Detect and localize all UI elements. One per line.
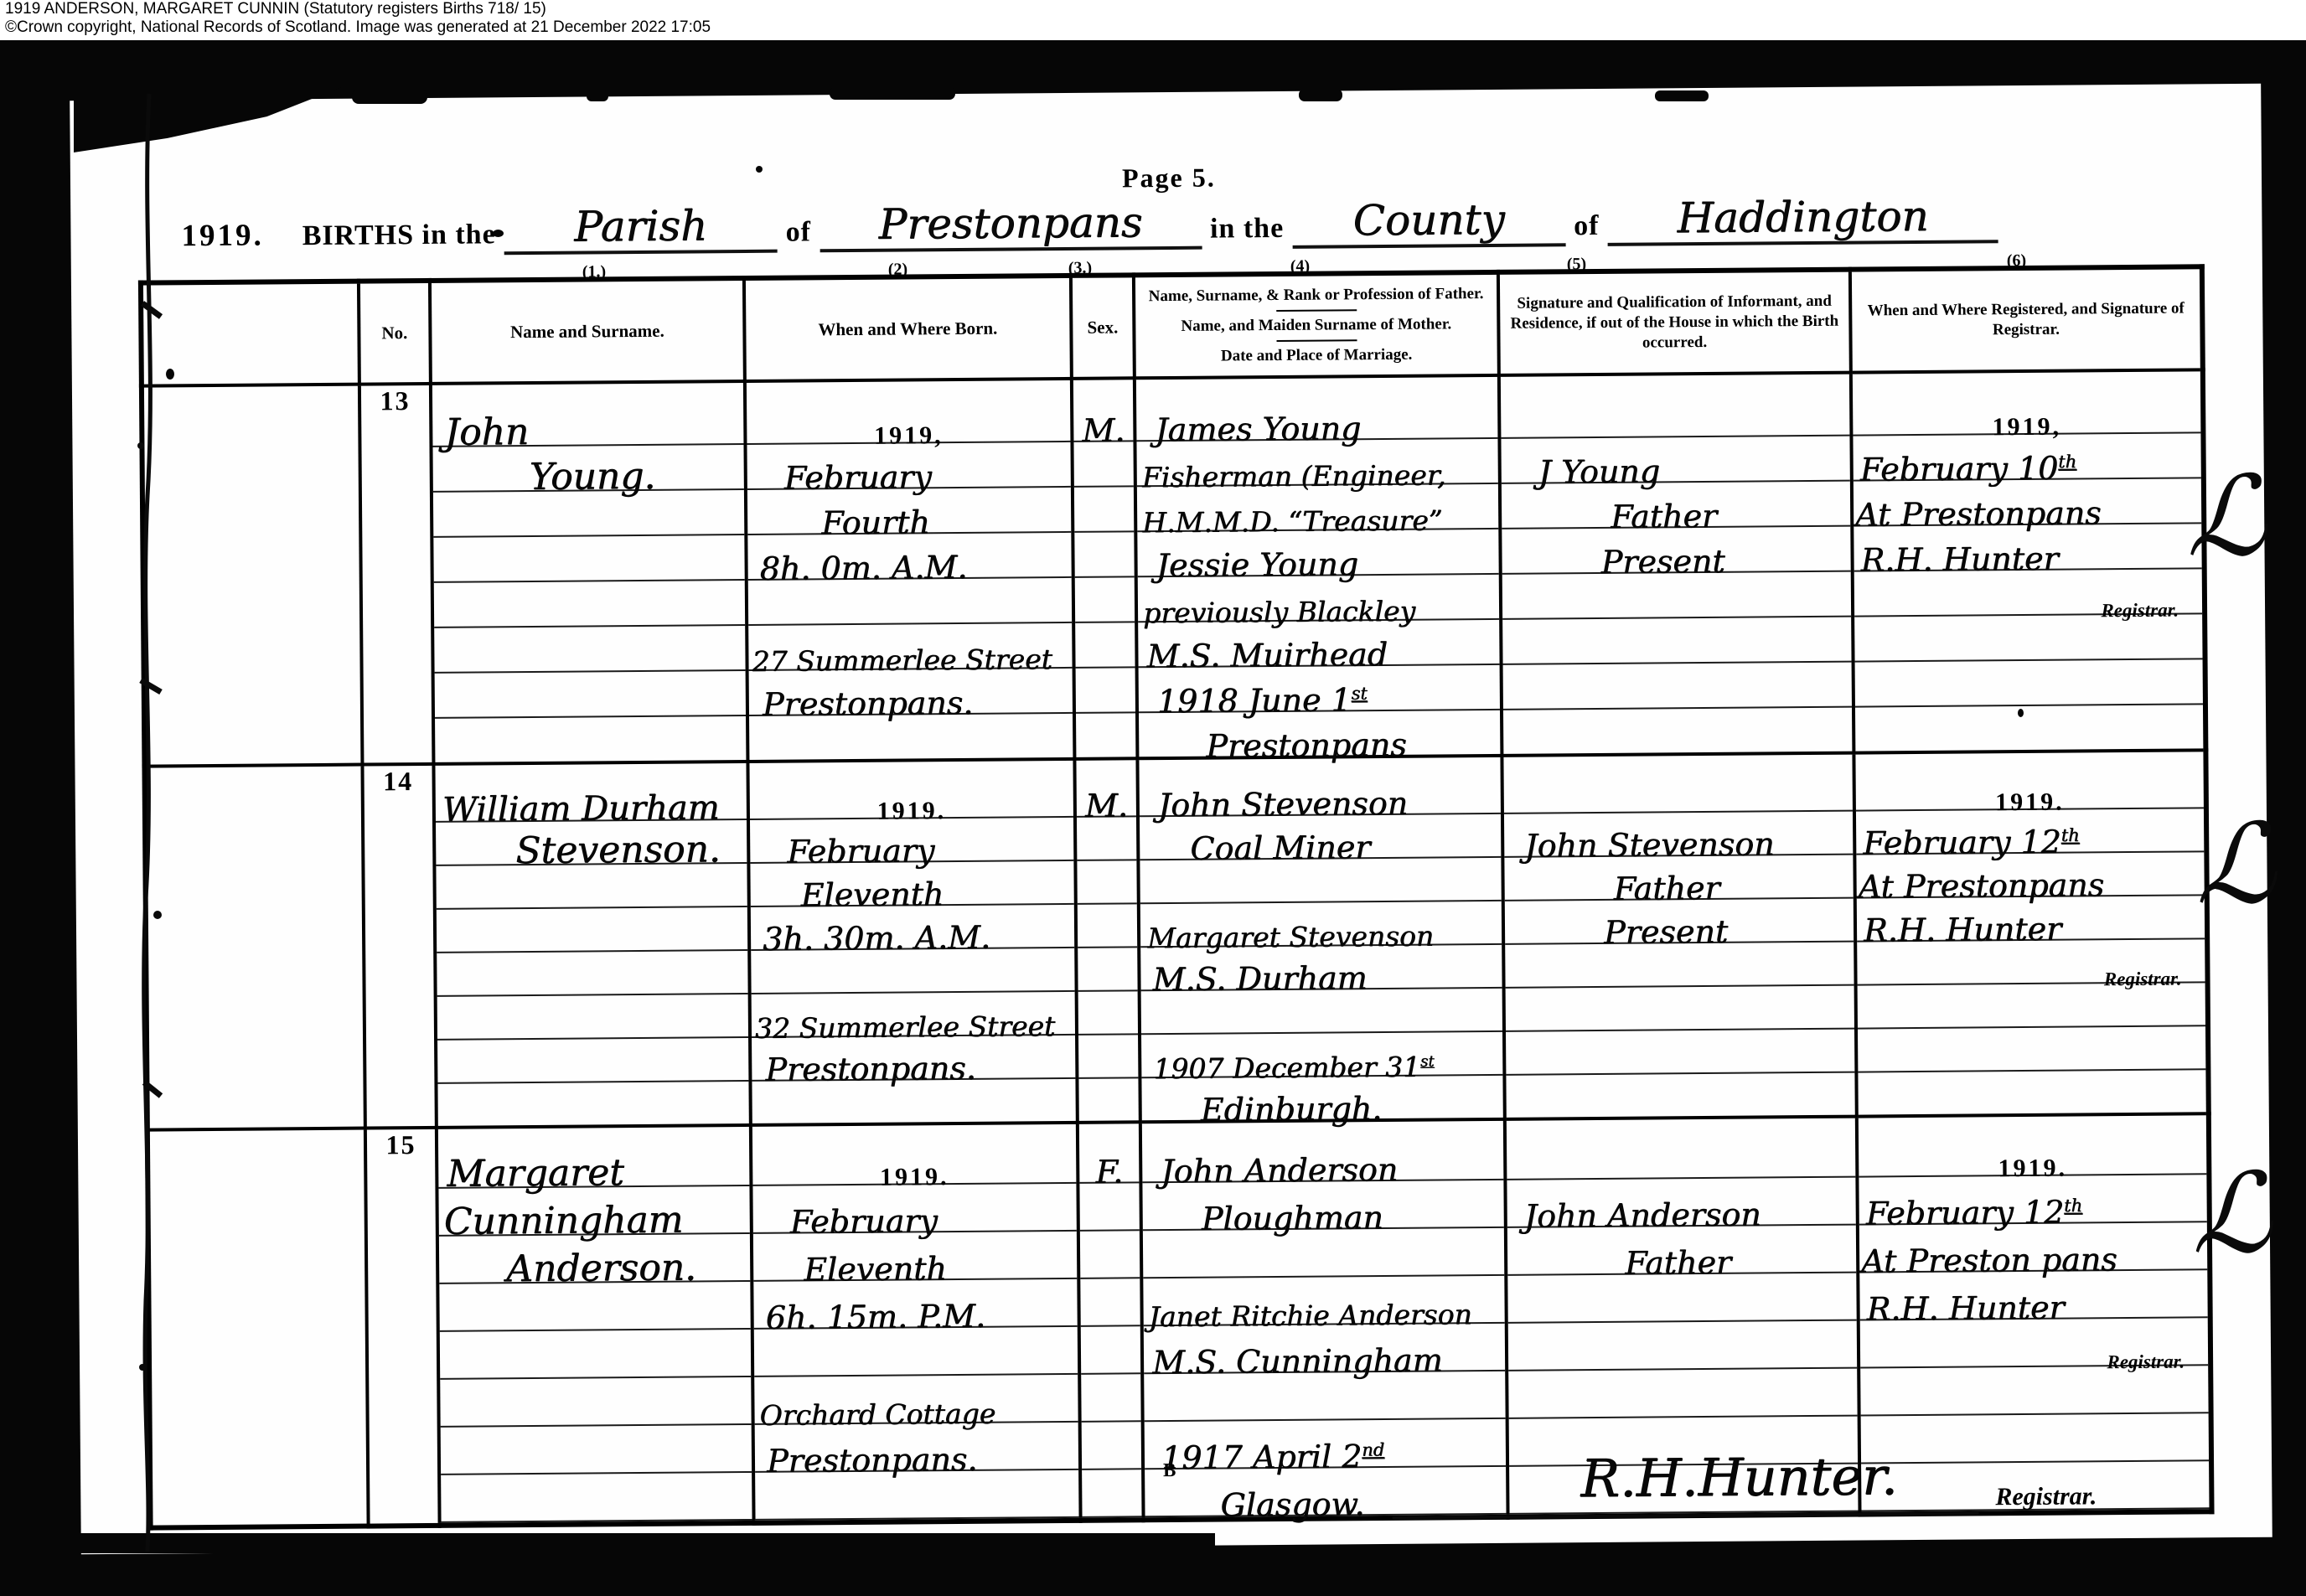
- ruled-line: 1919,: [1853, 388, 2200, 436]
- registered-cell: 1919. February 12th At Prestonpans R.H. …: [1854, 750, 2208, 1116]
- marriage-place: Glasgow.: [1220, 1485, 1364, 1523]
- ruled-line: At Preston pans: [1859, 1222, 2207, 1273]
- ruled-line: 27 Summerlee Street: [748, 623, 1072, 671]
- ruled-line: F.: [1079, 1135, 1139, 1184]
- title-of-1: of: [786, 216, 812, 248]
- registrar-flourish: ℒ: [2191, 1149, 2272, 1279]
- ruled-line: Fisherman (Engineer,: [1136, 439, 1497, 487]
- col-header-registered: When and Where Registered, and Signature…: [1850, 266, 2203, 372]
- county-name-handwritten: Haddington: [1607, 191, 1998, 246]
- name-cell: John Young.: [431, 381, 748, 764]
- ruled-line: 1907 December 31st: [1141, 1032, 1502, 1078]
- parents-header-line3: Date and Place of Marriage.: [1136, 344, 1497, 367]
- ruled-line: 1917 April 2nd: [1145, 1419, 1506, 1469]
- col-header-no: No.: [359, 281, 431, 385]
- ruled-line: Young.: [432, 445, 743, 493]
- col-header-born: When and Where Born.: [744, 276, 1072, 381]
- entry-number: 14: [383, 766, 413, 796]
- ruled-line: 6h. 15m. P.M.: [753, 1279, 1077, 1330]
- ruled-line: M.S. Muirhead: [1138, 620, 1499, 668]
- scan-artifact: [2018, 709, 2024, 717]
- entry-number-cell: 15: [365, 1128, 440, 1526]
- scan-artifact: [830, 87, 955, 100]
- ruled-line: Father: [1507, 1226, 1856, 1276]
- born-cell: 1919. February Eleventh 3h. 30m. A.M. 32…: [747, 759, 1077, 1125]
- entry-number: 13: [380, 385, 410, 416]
- ruled-line: 1918 June 1st: [1139, 665, 1500, 713]
- informant-cell: J Young Father Present: [1499, 373, 1854, 756]
- title-of-2: of: [1574, 210, 1600, 242]
- col-header-name: Name and Surname.: [430, 278, 745, 384]
- title-year: 1919.: [181, 217, 264, 254]
- ruled-line: J Young: [1501, 436, 1849, 484]
- scan-artifact: [352, 89, 427, 104]
- ruled-line: Stevenson.: [436, 820, 747, 866]
- ruled-line: M.: [1077, 773, 1136, 818]
- table-row: 13 John Young. 1919, February Fourth 8h.…: [142, 369, 2205, 766]
- col-header-sex: Sex.: [1071, 275, 1135, 379]
- ruled-line: February: [747, 442, 1070, 490]
- col-header-informant: Signature and Qualification of Informant…: [1498, 270, 1851, 375]
- entry-number: 15: [385, 1129, 416, 1160]
- ruled-line: Present: [1502, 527, 1850, 575]
- ruled-line: Cunningham: [438, 1186, 749, 1237]
- ruled-line: Edinburgh.: [1141, 1076, 1502, 1120]
- ruled-line: Father: [1502, 482, 1850, 529]
- ruled-line: 32 Summerlee Street: [752, 992, 1075, 1038]
- ruled-line: 8h. 0m. A.M.: [747, 533, 1071, 581]
- ruled-line: H.M.M.D. “Treasure”: [1137, 484, 1498, 532]
- born-cell: 1919, February Fourth 8h. 0m. A.M. 27 Su…: [745, 379, 1075, 762]
- ruled-line: Margaret: [438, 1139, 749, 1189]
- sex-cell: M.: [1074, 758, 1140, 1123]
- ruled-line: John Stevenson: [1140, 771, 1501, 817]
- ruled-line: Ploughman: [1142, 1180, 1503, 1231]
- ruled-line: Registrar.: [1860, 1318, 2208, 1368]
- scan-artifact: [1299, 89, 1342, 101]
- ruled-line: February: [750, 818, 1073, 864]
- ruled-line: 1919.: [1856, 765, 2204, 811]
- parish-name-handwritten: Prestonpans: [820, 198, 1202, 253]
- ruled-line: John: [432, 400, 743, 447]
- plate-letter: B: [1163, 1459, 1176, 1481]
- parents-header-line1: Name, Surname, & Rank or Profession of F…: [1135, 284, 1497, 307]
- ruled-line: Prestonpans.: [755, 1423, 1078, 1473]
- informant-cell: John Stevenson Father Present: [1502, 753, 1856, 1119]
- page-number: Page 5.: [1122, 163, 1216, 194]
- ruled-line: M.: [1073, 396, 1133, 442]
- parents-cell: James Young Fisherman (Engineer, H.M.M.D…: [1135, 375, 1502, 758]
- ruled-line: Eleventh: [753, 1232, 1077, 1282]
- ruled-line: 1919.: [1859, 1127, 2206, 1177]
- screenshot-root: { "viewer": { "line1": "1919 ANDERSON, M…: [0, 0, 2306, 1596]
- ruled-line: Father: [1504, 855, 1853, 901]
- ruled-line: John Anderson: [1142, 1133, 1503, 1183]
- ruled-line: Jessie Young: [1137, 529, 1498, 577]
- ruled-line: previously Blackley: [1138, 575, 1499, 622]
- viewer-header: 1919 ANDERSON, MARGARET CUNNIN (Statutor…: [0, 0, 2306, 40]
- ruled-line: R.H. Hunter: [1859, 1270, 2207, 1320]
- birth-register-table: No. Name and Surname. When and Where Bor…: [138, 264, 2215, 1530]
- entry-number-cell: 14: [362, 764, 436, 1129]
- registrar-flourish: ℒ: [2186, 452, 2267, 582]
- parents-cell: John Anderson Ploughman Janet Ritchie An…: [1140, 1119, 1508, 1520]
- ruled-line: M.S. Durham: [1140, 945, 1502, 991]
- ruled-line: M.S. Cunningham: [1144, 1324, 1505, 1374]
- parents-cell: John Stevenson Coal Miner Margaret Steve…: [1137, 756, 1504, 1122]
- ruled-line: Registrar.: [1857, 939, 2205, 985]
- ruled-line: Present: [1505, 899, 1854, 945]
- ruled-line: John Stevenson: [1504, 812, 1853, 858]
- ruled-line: Prestonpans.: [749, 669, 1073, 716]
- ruled-line: R.H. Hunter: [1857, 896, 2205, 942]
- register-page: Page 5. 1919. BIRTHS in the Parish of Pr…: [70, 84, 2272, 1554]
- scan-artifact: [1655, 90, 1709, 101]
- county-word-handwritten: County: [1292, 194, 1565, 249]
- sex-cell: M.: [1072, 378, 1138, 759]
- parish-word-handwritten: Parish: [504, 201, 777, 256]
- name-cell: Margaret Cunningham Anderson.: [437, 1125, 754, 1526]
- ruled-line: Janet Ritchie Anderson: [1143, 1276, 1504, 1326]
- scanned-register-image: Page 5. 1919. BIRTHS in the Parish of Pr…: [0, 40, 2306, 1596]
- ruled-line: 1919.: [750, 774, 1073, 820]
- sex-cell: F.: [1078, 1122, 1144, 1521]
- ruled-line: 1919,: [747, 397, 1070, 445]
- ruled-line: February: [752, 1184, 1076, 1234]
- ruled-line: Registrar.: [1854, 569, 2202, 617]
- register-title: 1919. BIRTHS in the Parish of Prestonpan…: [181, 193, 2006, 259]
- divider: [1276, 339, 1357, 342]
- registrar-page-label: Registrar.: [1995, 1482, 2097, 1511]
- ruled-line: R.H. Hunter: [1854, 524, 2201, 571]
- divider: [1276, 309, 1357, 312]
- scan-artifact: [756, 166, 763, 173]
- entry-number-cell: 13: [359, 384, 434, 765]
- registered-cell: 1919, February 10th At Prestonpans R.H. …: [1851, 369, 2206, 752]
- scan-artifact: [493, 230, 504, 237]
- ruled-line: Fourth: [747, 488, 1071, 535]
- ruled-line: Prestonpans.: [752, 1036, 1075, 1082]
- ruled-line: Margaret Stevenson: [1140, 901, 1502, 948]
- ruled-line: Prestonpans: [1139, 710, 1500, 757]
- ruled-line: John Anderson: [1507, 1178, 1855, 1228]
- registrar-flourish: ℒ: [2195, 800, 2276, 930]
- copyright-line: ©Crown copyright, National Records of Sc…: [0, 18, 2306, 37]
- title-in-the: in the: [1210, 213, 1284, 245]
- ruled-line: February 12th: [1859, 1175, 2206, 1225]
- name-cell: William Durham Stevenson.: [433, 762, 750, 1128]
- ruled-line: James Young: [1136, 394, 1497, 442]
- registered-cell: 1919. February 12th At Preston pans R.H.…: [1857, 1113, 2212, 1514]
- binding-stitch: [124, 94, 183, 1552]
- ruled-line: 1919.: [752, 1136, 1076, 1186]
- registrar-page-signature: R.H.Hunter.: [1580, 1445, 1898, 1509]
- table-row: 14 William Durham Stevenson. 1919. Febru…: [144, 750, 2208, 1129]
- ruled-line: February 12th: [1856, 808, 2204, 855]
- ruled-line: Orchard Cottage: [754, 1375, 1078, 1425]
- header-row: No. Name and Surname. When and Where Bor…: [141, 266, 2203, 385]
- ruled-line: William Durham: [436, 777, 747, 823]
- col-header-parents: Name, Surname, & Rank or Profession of F…: [1134, 272, 1499, 378]
- ruled-line: At Prestonpans: [1856, 852, 2204, 898]
- table-row: 15 Margaret Cunningham Anderson. 1919. F…: [147, 1113, 2212, 1527]
- ruled-line: 3h. 30m. A.M.: [751, 905, 1074, 951]
- title-births: BIRTHS in the: [302, 219, 496, 252]
- record-title: 1919 ANDERSON, MARGARET CUNNIN (Statutor…: [0, 0, 2306, 18]
- ruled-line: Eleventh: [750, 861, 1073, 907]
- ruled-line: February 10th: [1853, 433, 2200, 481]
- ruled-line: At Prestonpans: [1854, 478, 2201, 526]
- scan-artifact: [587, 90, 608, 101]
- ruled-line: Anderson.: [439, 1234, 750, 1284]
- parents-header-line2: Name, and Maiden Surname of Mother.: [1135, 314, 1497, 337]
- born-cell: 1919. February Eleventh 6h. 15m. P.M. Or…: [751, 1123, 1081, 1523]
- ruled-line: Coal Miner: [1140, 814, 1501, 860]
